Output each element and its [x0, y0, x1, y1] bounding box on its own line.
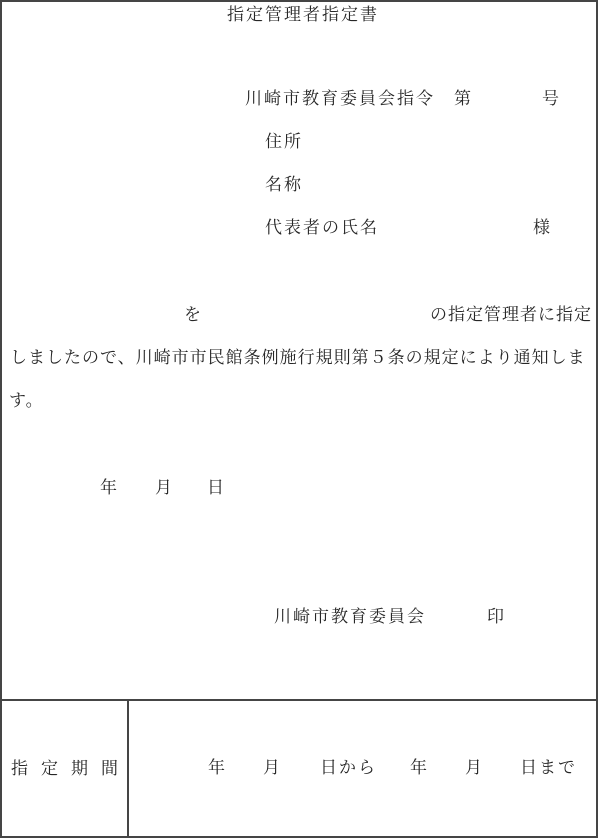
- period-to-month-label: 月: [465, 759, 484, 776]
- recipient-representative-label: 代表者の氏名: [265, 219, 379, 236]
- designation-certificate-page: 指定管理者指定書 川崎市教育委員会指令 第 号 住所 名称 代表者の氏名 様 を…: [0, 0, 598, 838]
- recipient-address-label: 住所: [265, 133, 303, 150]
- period-from-day-label: 日から: [320, 759, 377, 776]
- period-label-cell: 指定期間: [2, 701, 129, 836]
- date-day-label: 日: [207, 479, 226, 496]
- directive-issuer-text: 川崎市教育委員会指令: [245, 90, 435, 107]
- period-to-year-label: 年: [410, 759, 429, 776]
- recipient-honorific: 様: [533, 219, 552, 236]
- date-month-label: 月: [155, 479, 174, 496]
- body-object-particle: を: [184, 306, 202, 323]
- signature-seal-placeholder: 印: [487, 608, 506, 625]
- document-title: 指定管理者指定書: [227, 6, 379, 23]
- period-value-cell: 年 月 日から 年 月 日まで: [129, 701, 596, 836]
- period-from-month-label: 月: [263, 759, 282, 776]
- date-year-label: 年: [100, 479, 119, 496]
- directive-number-unit: 号: [542, 90, 561, 107]
- directive-number-label: 第: [454, 90, 473, 107]
- designation-period-table: 指定期間 年 月 日から 年 月 日まで: [2, 699, 596, 836]
- recipient-name-label: 名称: [265, 176, 303, 193]
- body-designation-phrase: の指定管理者に指定: [430, 306, 592, 323]
- period-to-day-label: 日まで: [520, 759, 577, 776]
- period-from-year-label: 年: [208, 759, 227, 776]
- period-row-label: 指定期間: [11, 760, 131, 777]
- body-notice-line: しましたので、川崎市市民館条例施行規則第５条の規定により通知しま: [10, 349, 586, 366]
- signature-issuer-text: 川崎市教育委員会: [274, 608, 426, 625]
- body-notice-line-end: す。: [9, 392, 44, 409]
